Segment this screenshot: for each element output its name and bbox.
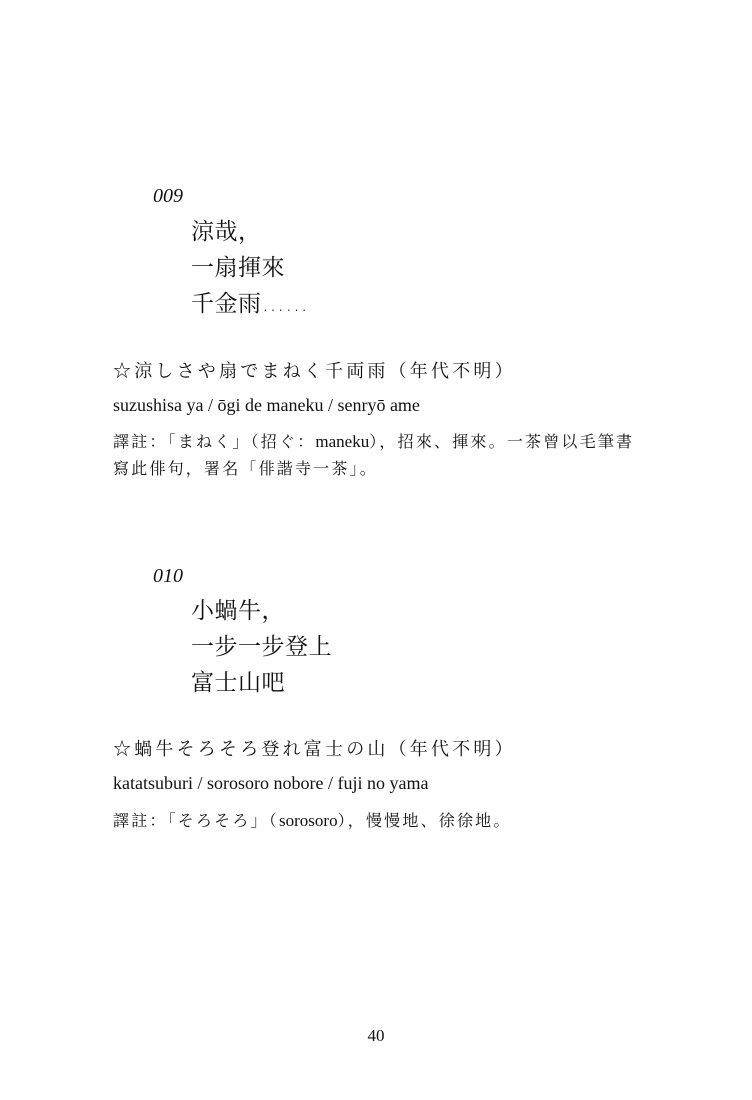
poem-line-1: 小蝸牛， <box>191 597 285 625</box>
original-haiku: ☆涼しさや扇でまねく千両雨（年代不明） <box>113 360 516 384</box>
note-latin-term: sorosoro <box>279 811 338 830</box>
poem-line-1: 涼哉， <box>191 218 262 246</box>
note-text: ），招來、揮來。一茶曾以毛筆書 <box>369 432 634 451</box>
entry-number: 009 <box>153 184 183 208</box>
page-number: 40 <box>0 1026 752 1046</box>
translator-note: 譯註：「そろそろ」（sorosoro），慢慢地、徐徐地。 <box>113 807 653 834</box>
note-latin-term: maneku <box>315 432 369 451</box>
romanization: suzushisa ya / ōgi de maneku / senryō am… <box>113 393 420 417</box>
entry-number: 010 <box>153 564 183 588</box>
note-text: 譯註：「そろそろ」（ <box>113 811 279 830</box>
translator-note: 譯註：「まねく」（招ぐ：maneku），招來、揮來。一茶曾以毛筆書 寫此俳句，署… <box>113 428 653 482</box>
romanization: katatsuburi / sorosoro nobore / fuji no … <box>113 771 428 795</box>
poem-line-3: 富士山吧 <box>191 669 285 697</box>
poem-line-2: 一步一步登上 <box>191 633 332 661</box>
original-haiku: ☆蝸牛そろそろ登れ富士の山（年代不明） <box>113 738 516 762</box>
poem-line-3: 千金雨…… <box>191 290 309 318</box>
note-text: 寫此俳句，署名「俳諧寺一茶」。 <box>113 459 378 478</box>
note-text: 譯註：「まねく」（招ぐ： <box>113 432 315 451</box>
poem-line-2: 一扇揮來 <box>191 254 285 282</box>
note-text: ），慢慢地、徐徐地。 <box>338 811 512 830</box>
